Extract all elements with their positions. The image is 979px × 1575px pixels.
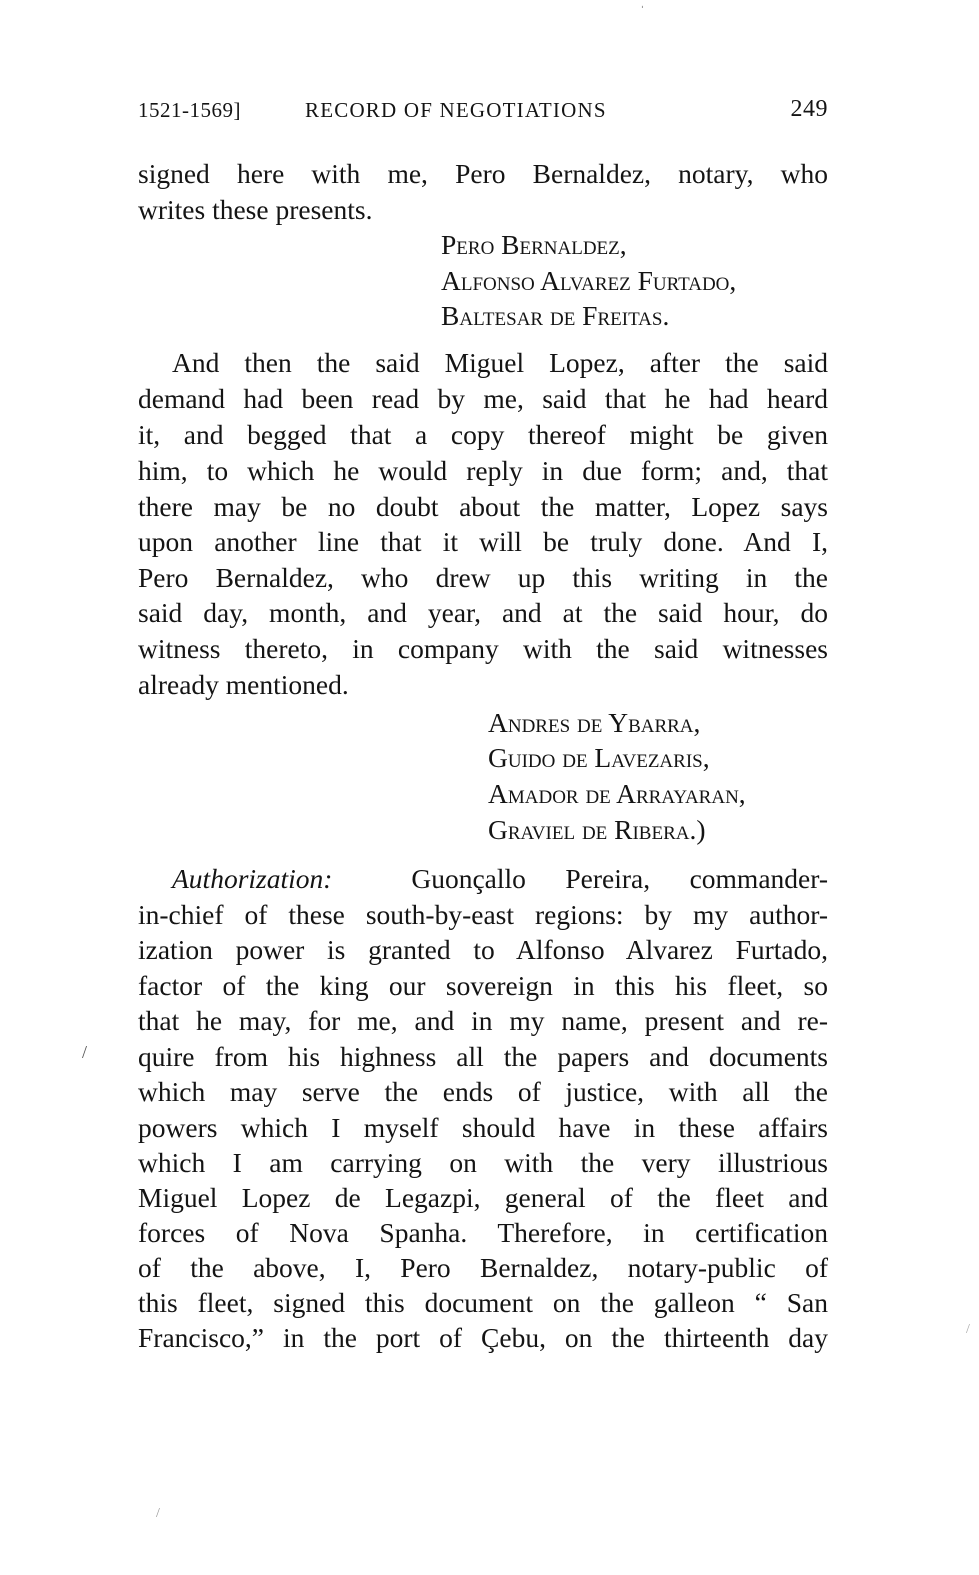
text-line: demand had been read by me, said that he… (138, 381, 828, 416)
text-line: that he may, for me, and in my name, pre… (138, 1003, 828, 1038)
text-line: said day, month, and year, and at the sa… (138, 595, 828, 630)
text-line: it, and begged that a copy thereof might… (138, 417, 828, 452)
margin-mark: / (156, 1506, 160, 1522)
running-header: 1521-1569] RECORD OF NEGOTIATIONS 249 (138, 98, 828, 130)
text-line: quire from his highness all the papers a… (138, 1039, 828, 1074)
text-line: And then the said Miguel Lopez, after th… (138, 345, 828, 380)
document-page: ˌ 1521-1569] RECORD OF NEGOTIATIONS 249 … (0, 0, 979, 1575)
signature-line: Alfonso Alvarez Furtado, (441, 263, 736, 298)
text-line: in-chief of these south-by-east regions:… (138, 897, 828, 932)
text-line: of the above, I, Pero Bernaldez, notary-… (138, 1250, 828, 1285)
signature-line: Graviel de Ribera.) (488, 812, 706, 847)
section-lead-label: Authorization: (172, 863, 332, 894)
header-running-title: RECORD OF NEGOTIATIONS (305, 98, 607, 123)
margin-mark: / (966, 1322, 970, 1338)
text-line: powers which I myself should have in the… (138, 1110, 828, 1145)
text-line: forces of Nova Spanha. Therefore, in cer… (138, 1215, 828, 1250)
text-line: this fleet, signed this document on the … (138, 1285, 828, 1320)
signature-line: Baltesar de Freitas. (441, 298, 669, 333)
text-line: Francisco,” in the port of Çebu, on the … (138, 1320, 828, 1355)
text-line: there may be no doubt about the matter, … (138, 489, 828, 524)
margin-mark: / (82, 1042, 87, 1063)
header-date-range: 1521-1569] (138, 98, 241, 123)
text-line: signed here with me, Pero Bernaldez, not… (138, 156, 828, 191)
signature-line: Amador de Arrayaran, (488, 776, 746, 811)
text-line: writes these presents. (138, 192, 828, 227)
text-line: Miguel Lopez de Legazpi, general of the … (138, 1180, 828, 1215)
text-line: him, to which he would reply in due form… (138, 453, 828, 488)
signature-line: Guido de Lavezaris, (488, 740, 710, 775)
text-line: which I am carrying on with the very ill… (138, 1145, 828, 1180)
text-line: Authorization: Guonçallo Pereira, comman… (138, 861, 828, 896)
scan-artifact-mark: ˌ (640, 0, 645, 10)
text-line: which may serve the ends of justice, wit… (138, 1074, 828, 1109)
text-fragment: Guonçallo Pereira, commander- (411, 863, 828, 894)
text-line: Pero Bernaldez, who drew up this writing… (138, 560, 828, 595)
text-line: witness thereto, in company with the sai… (138, 631, 828, 666)
signature-line: Andres de Ybarra, (488, 705, 700, 740)
page-number: 249 (791, 96, 829, 123)
signature-line: Pero Bernaldez, (441, 227, 627, 262)
text-line: already mentioned. (138, 667, 828, 702)
text-line: upon another line that it will be truly … (138, 524, 828, 559)
text-line: ization power is granted to Alfonso Alva… (138, 932, 828, 967)
text-line: factor of the king our sovereign in this… (138, 968, 828, 1003)
